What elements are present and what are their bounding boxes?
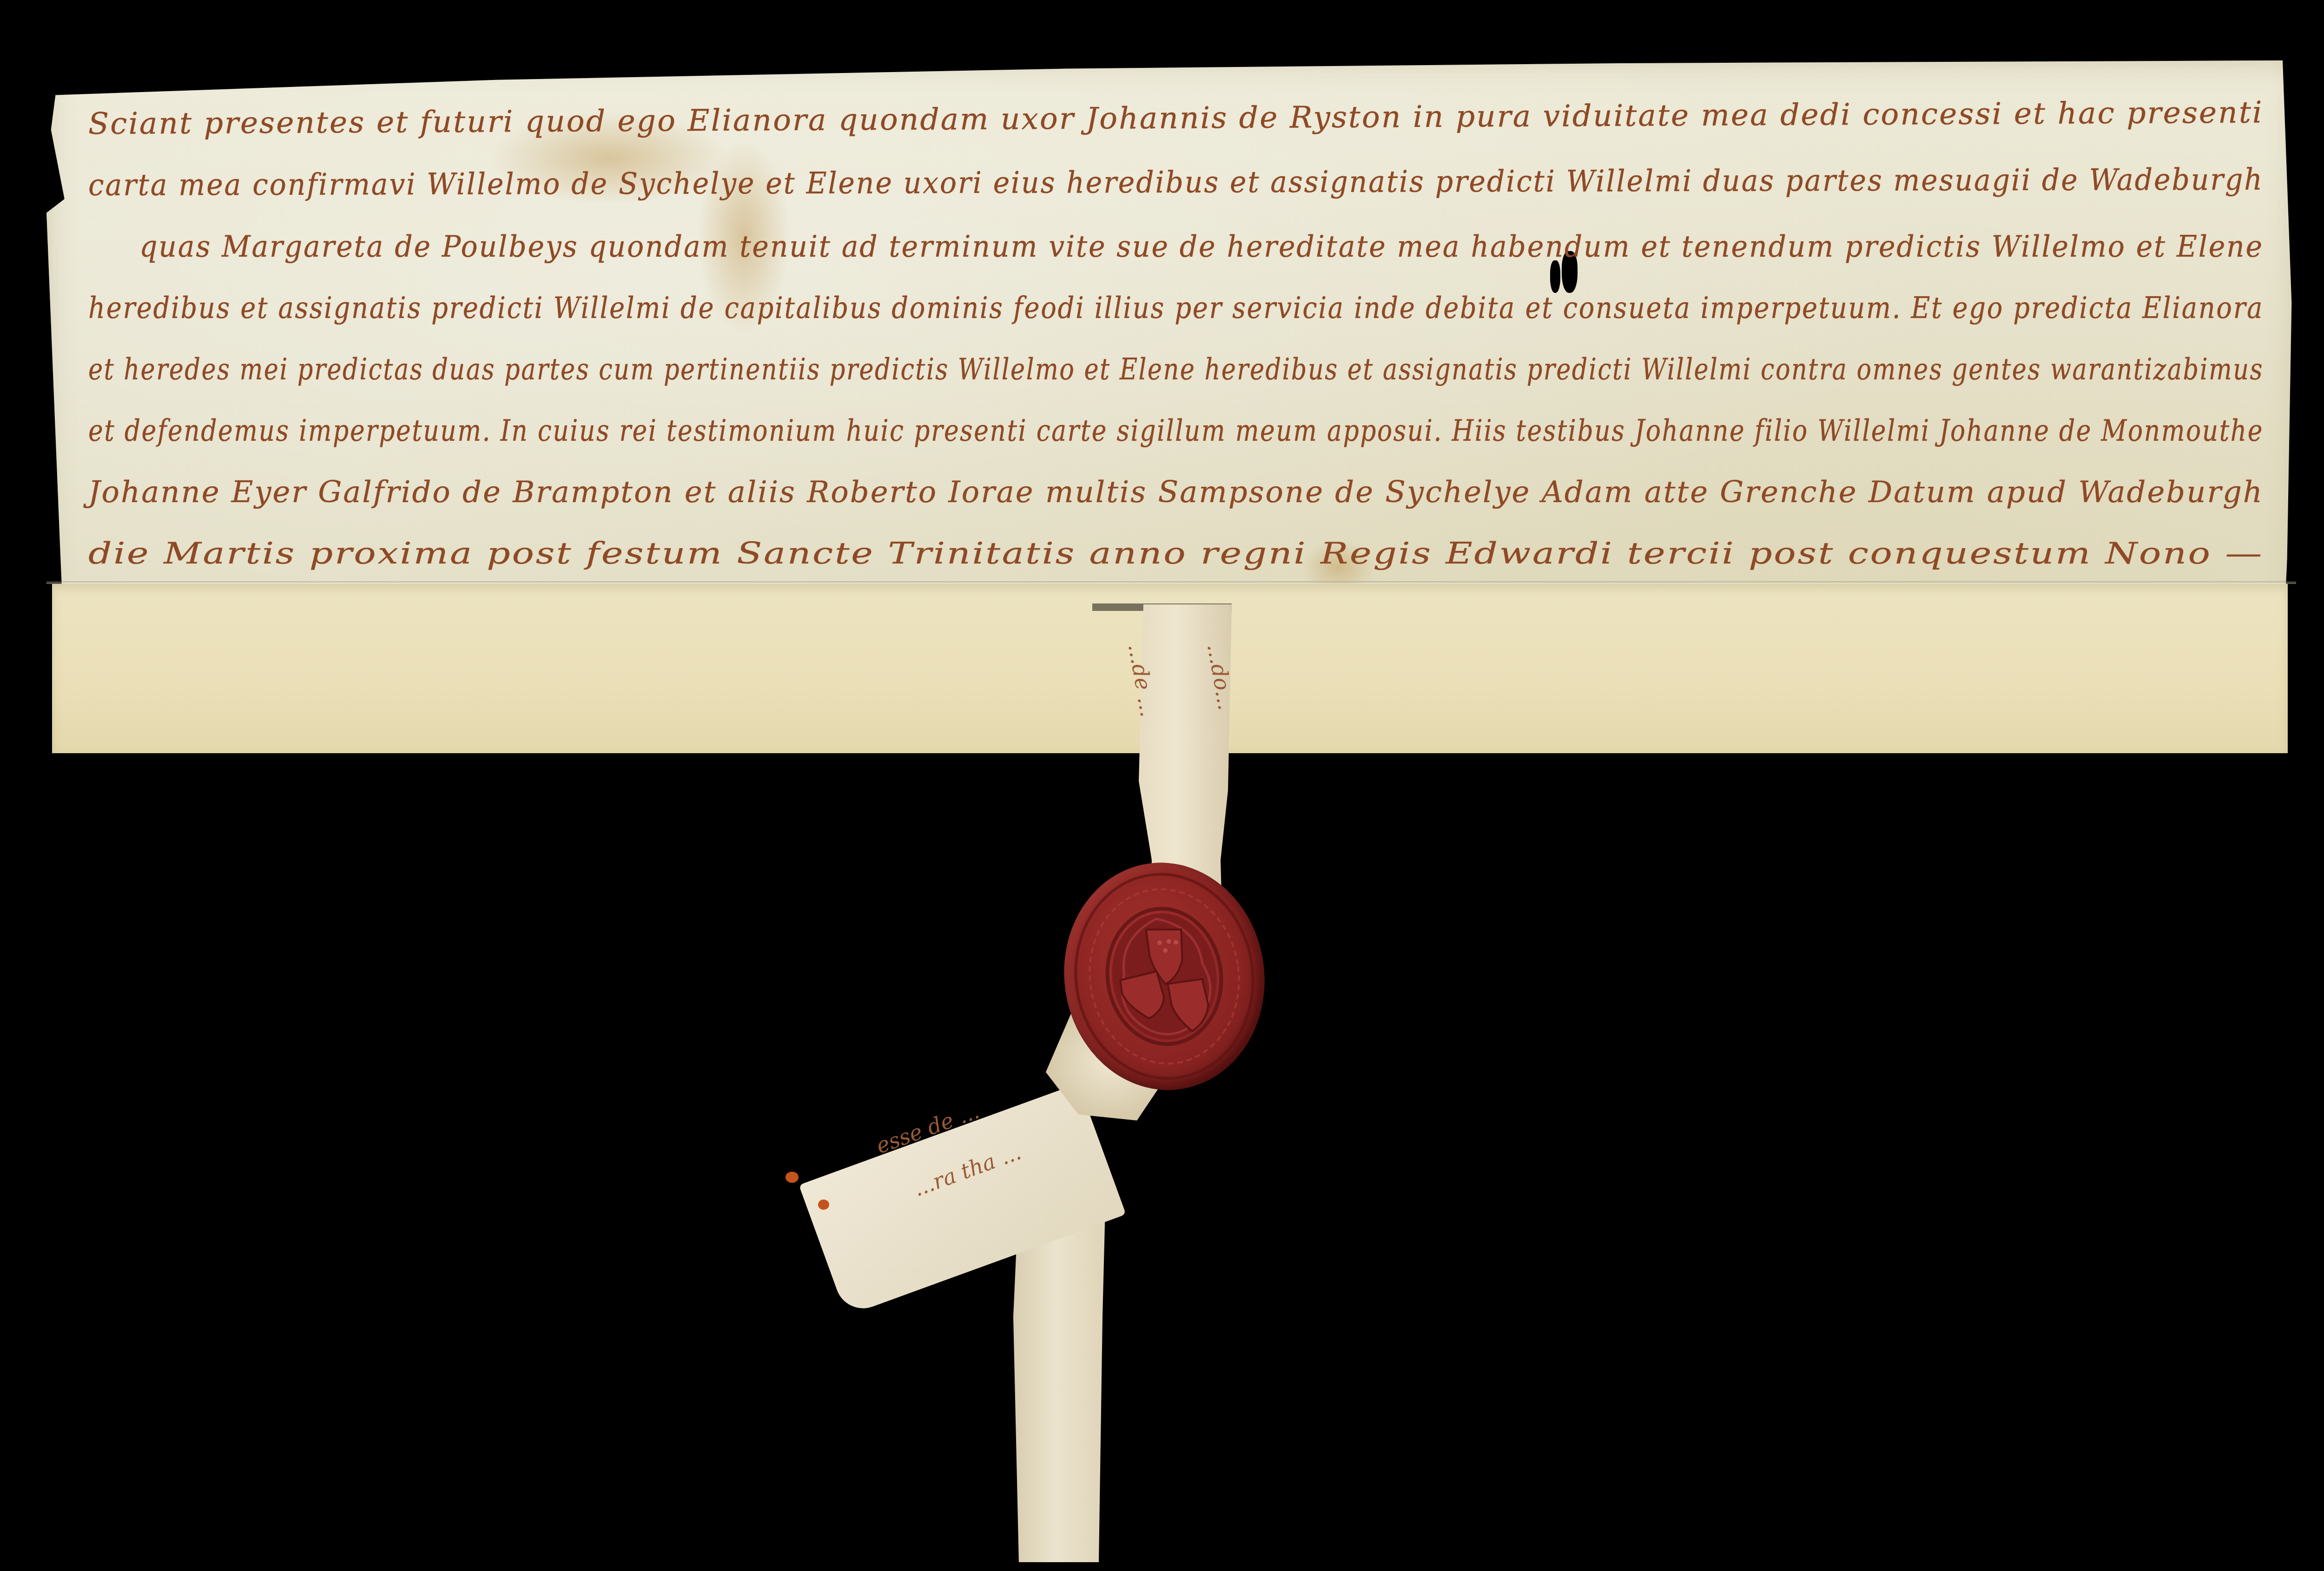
charter-line-text: et heredes mei predictas duas partes cum… <box>88 352 2264 387</box>
charter-line-text: quas Margareta de Poulbeys quondam tenui… <box>139 230 2264 264</box>
wax-fleck <box>818 1200 829 1210</box>
charter-line-7: Johanne Eyer Galfrido de Brampton et ali… <box>88 475 2273 537</box>
charter-line-text: die Martis proxima post festum Sancte Tr… <box>88 537 2264 571</box>
seal-device-icon <box>1050 849 1279 1103</box>
charter-line-text: Johanne Eyer Galfrido de Brampton et ali… <box>88 475 2264 510</box>
wax-fleck <box>786 1172 799 1183</box>
photo-backdrop: Sciant presentes et futuri quod ego Elia… <box>0 0 2324 1571</box>
charter-line-2: carta mea confirmavi Willelmo de Sychely… <box>88 163 2273 230</box>
charter-line-1: Sciant presentes et futuri quod ego Elia… <box>88 95 2273 168</box>
charter-line-3: quas Margareta de Poulbeys quondam tenui… <box>88 230 2273 291</box>
charter-text: Sciant presentes et futuri quod ego Elia… <box>88 107 2273 598</box>
charter-line-4: heredibus et assignatis predicti Willelm… <box>88 291 2273 352</box>
charter-line-5: et heredes mei predictas duas partes cum… <box>88 352 2273 414</box>
charter-line-text: carta mea confirmavi Willelmo de Sychely… <box>88 163 2264 203</box>
charter-line-text: heredibus et assignatis predicti Willelm… <box>88 291 2264 325</box>
wax-seal <box>1050 849 1279 1103</box>
charter-line-text: et defendemus imperpetuum. In cuius rei … <box>88 414 2264 448</box>
charter-line-6: et defendemus imperpetuum. In cuius rei … <box>88 414 2273 475</box>
